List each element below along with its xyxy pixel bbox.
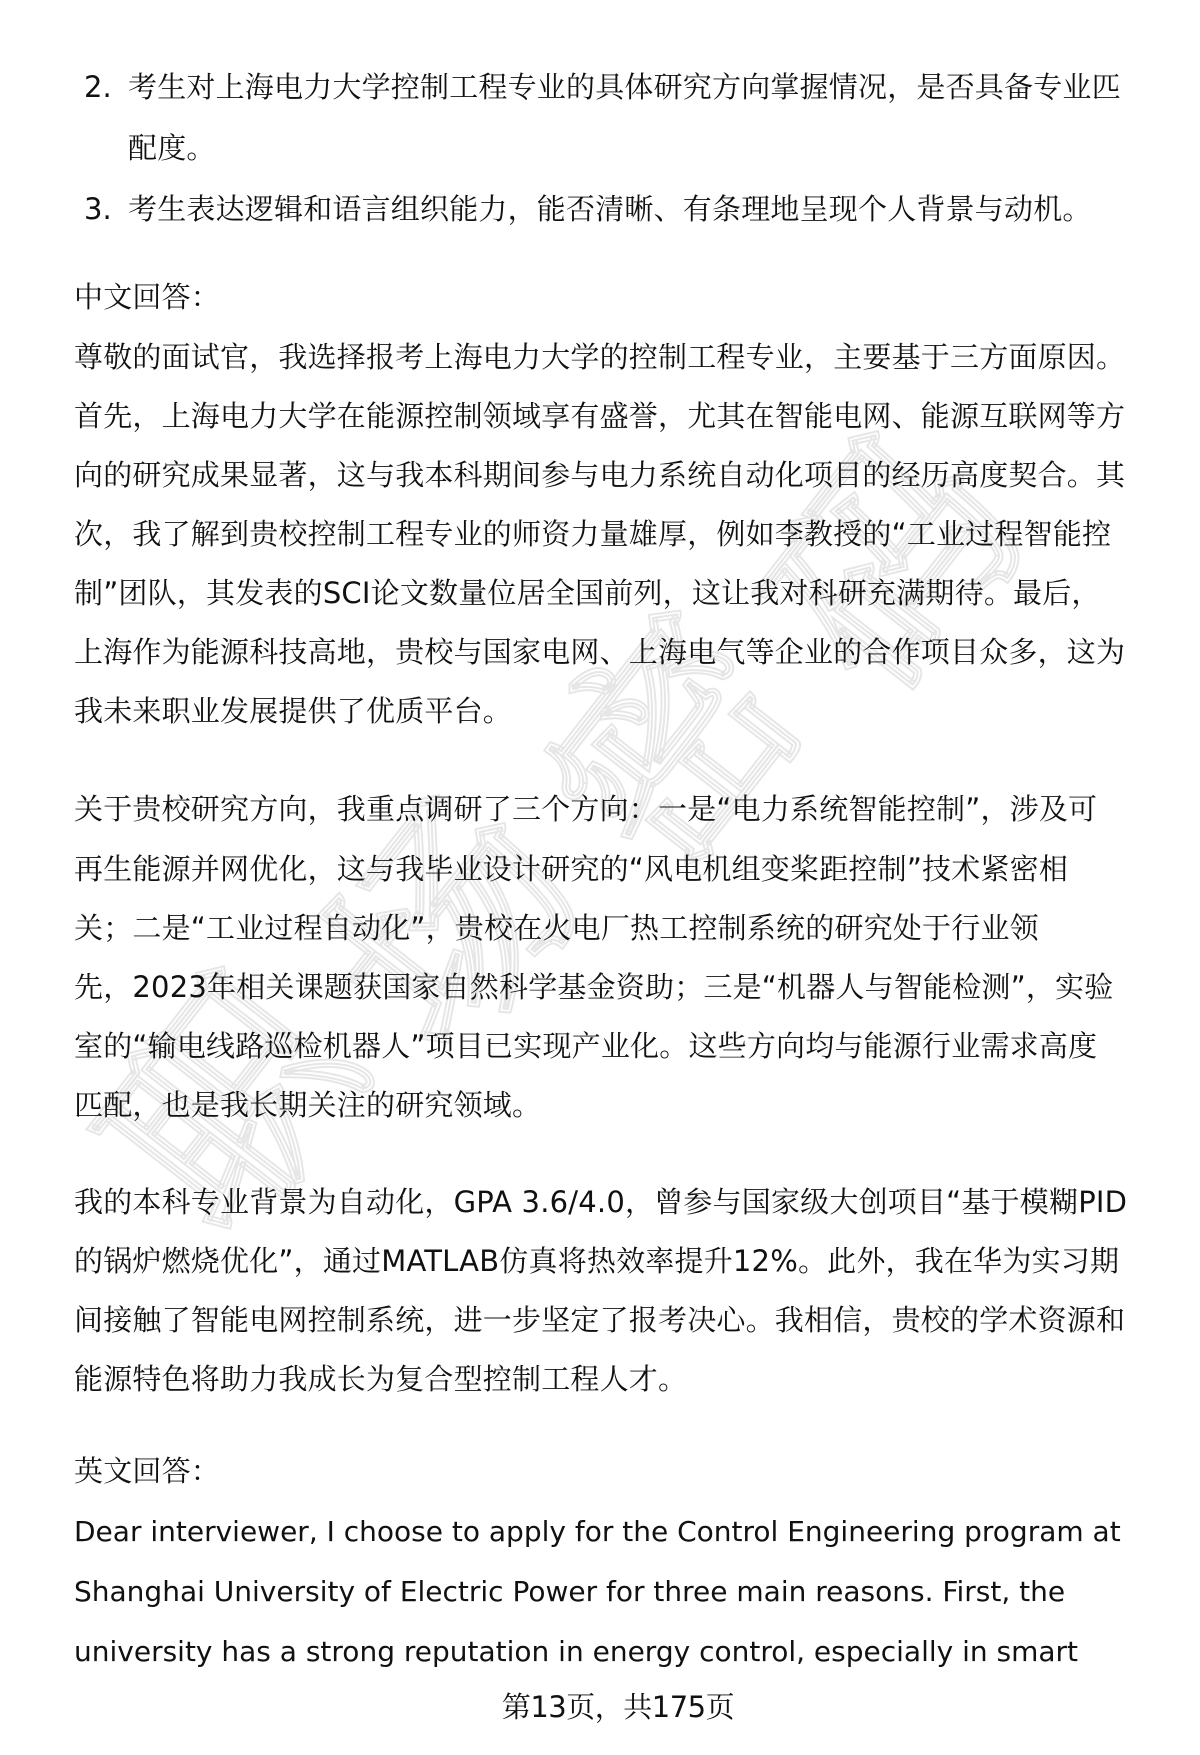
list-number: 3. <box>84 180 112 239</box>
paragraph-line: 能源特色将助力我成长为复合型控制工程人才。 <box>74 1350 687 1409</box>
paragraph-line: 室的“输电线路巡检机器人”项目已实现产业化。这些方向均与能源行业需求高度 <box>74 1017 1097 1076</box>
paragraph-line: 上海作为能源科技高地，贵校与国家电网、上海电气等企业的合作项目众多，这为 <box>74 623 1125 682</box>
paragraph-line: 关于贵校研究方向，我重点调研了三个方向：一是“电力系统智能控制”，涉及可 <box>74 780 1097 839</box>
paragraph-line: 间接触了智能电网控制系统，进一步坚定了报考决心。我相信，贵校的学术资源和 <box>74 1291 1125 1350</box>
paragraph-line: 次，我了解到贵校控制工程专业的师资力量雄厚，例如李教授的“工业过程智能控 <box>74 505 1111 564</box>
paragraph-line: 匹配，也是我长期关注的研究领域。 <box>74 1076 541 1135</box>
paragraph-line: 尊敬的面试官，我选择报考上海电力大学的控制工程专业，主要基于三方面原因。 <box>74 328 1125 387</box>
english-answer-heading: 英文回答： <box>74 1442 220 1501</box>
paragraph-line: 再生能源并网优化，这与我毕业设计研究的“风电机组变桨距控制”技术紧密相 <box>74 840 1068 899</box>
paragraph-line: 我的本科专业背景为自动化，GPA 3.6/4.0，曾参与国家级大创项目“基于模糊… <box>74 1173 1127 1232</box>
paragraph-line: 先，2023年相关课题获国家自然科学基金资助；三是“机器人与智能检测”，实验 <box>74 958 1113 1017</box>
paragraph-line: Shanghai University of Electric Power fo… <box>74 1562 1065 1621</box>
paragraph-line: 的锅炉燃烧优化”，通过MATLAB仿真将热效率提升12%。此外，我在华为实习期 <box>74 1232 1119 1291</box>
list-item-text-line: 考生表达逻辑和语言组织能力，能否清晰、有条理地呈现个人背景与动机。 <box>128 180 1092 239</box>
paragraph-line: 我未来职业发展提供了优质平台。 <box>74 682 512 741</box>
page-number-footer: 第13页，共175页 <box>0 1678 1200 1737</box>
paragraph-line: 关；二是“工业过程自动化”，贵校在火电厂热工控制系统的研究处于行业领 <box>74 899 1039 958</box>
document-page: 职 场 密 码 2. 考生对上海电力大学控制工程专业的具体研究方向掌握情况，是否… <box>0 0 1200 1755</box>
paragraph-line: Dear interviewer, I choose to apply for … <box>74 1502 1121 1561</box>
list-number: 2. <box>84 58 112 117</box>
list-item-text-line: 考生对上海电力大学控制工程专业的具体研究方向掌握情况，是否具备专业匹 <box>128 58 1121 117</box>
paragraph-line: 首先，上海电力大学在能源控制领域享有盛誉，尤其在智能电网、能源互联网等方 <box>74 387 1125 446</box>
list-item-text-line: 配度。 <box>128 119 216 178</box>
paragraph-line: 向的研究成果显著，这与我本科期间参与电力系统自动化项目的经历高度契合。其 <box>74 446 1125 505</box>
chinese-answer-heading: 中文回答： <box>74 268 220 327</box>
paragraph-line: university has a strong reputation in en… <box>74 1622 1078 1681</box>
paragraph-line: 制”团队，其发表的SCI论文数量位居全国前列，这让我对科研充满期待。最后， <box>74 564 1101 623</box>
